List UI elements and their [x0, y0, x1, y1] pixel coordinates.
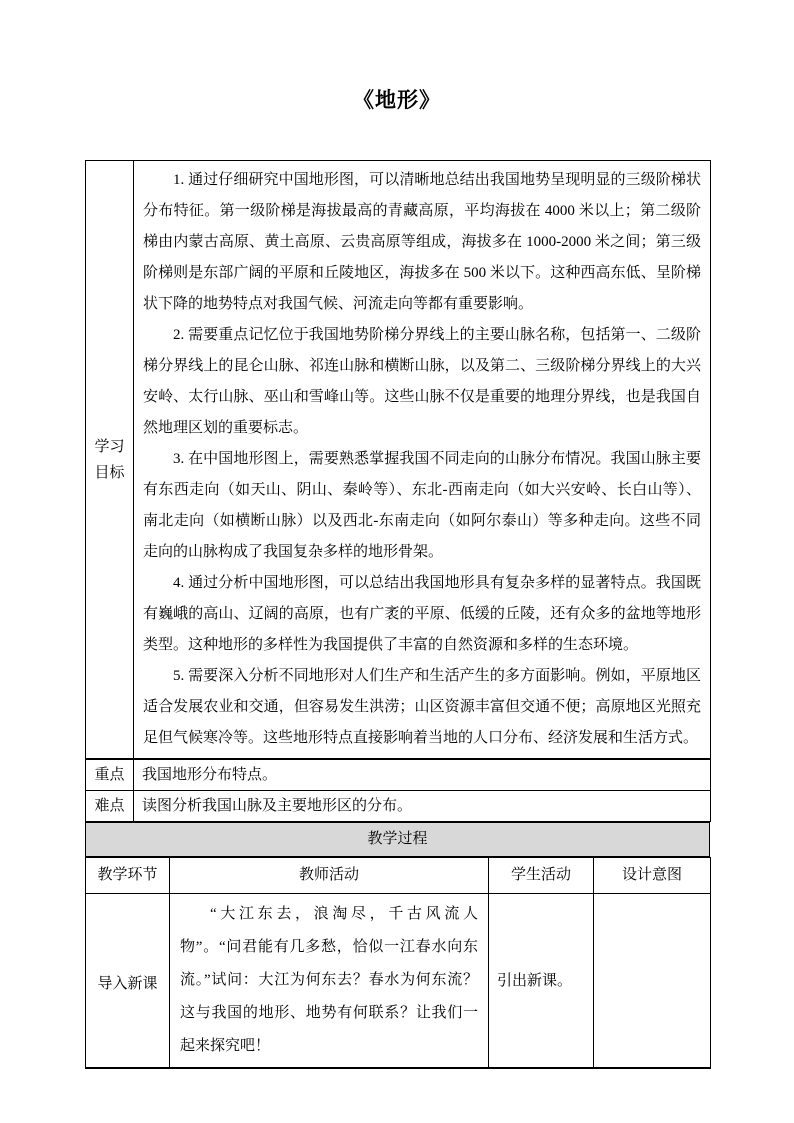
objective-paragraph-3: 3. 在中国地形图上，需要熟悉掌握我国不同走向的山脉分布情况。我国山脉主要有东西…	[143, 444, 701, 568]
process-row-lead-in: 导入新课 “大江东去，浪淘尽，千古风流人物”。“问君能有几多愁，恰似一江春水向东…	[86, 894, 711, 1069]
process-header-row: 教学环节 教师活动 学生活动 设计意图	[86, 858, 711, 894]
process-grid-table: 教学环节 教师活动 学生活动 设计意图 导入新课 “大江东去，浪淘尽，千古风流人…	[85, 857, 711, 1069]
teacher-activity-cell: “大江东去，浪淘尽，千古风流人物”。“问君能有几多愁，恰似一江春水向东流。”试问…	[170, 894, 489, 1069]
lesson-plan-table: 学习目标 1. 通过仔细研究中国地形图，可以清晰地总结出我国地势呈现明显的三级阶…	[85, 160, 710, 1069]
difficulty-row: 难点 读图分析我国山脉及主要地形区的分布。	[86, 791, 711, 822]
key-point-row: 重点 我国地形分布特点。	[86, 759, 711, 791]
column-header-intent: 设计意图	[594, 858, 711, 894]
teacher-activity-text: “大江东去，浪淘尽，千古风流人物”。“问君能有几多愁，恰似一江春水向东流。”试问…	[180, 898, 478, 1063]
objective-paragraph-5: 5. 需要深入分析不同地形对人们生产和生活产生的多方面影响。例如，平原地区适合发…	[143, 661, 701, 754]
process-banner-label: 教学过程	[86, 822, 710, 857]
difficulty-text: 读图分析我国山脉及主要地形区的分布。	[134, 791, 711, 822]
document-page: 《地形》 学习目标 1. 通过仔细研究中国地形图，可以清晰地总结出我国地势呈现明…	[0, 0, 794, 1123]
learning-objectives-label: 学习目标	[86, 161, 134, 760]
key-point-label: 重点	[86, 759, 134, 791]
column-header-stage: 教学环节	[86, 858, 170, 894]
student-activity-cell: 引出新课。	[489, 894, 594, 1069]
stage-cell: 导入新课	[86, 894, 170, 1069]
objective-paragraph-2: 2. 需要重点记忆位于我国地势阶梯分界线上的主要山脉名称，包括第一、二级阶梯分界…	[143, 320, 701, 444]
objective-paragraph-1: 1. 通过仔细研究中国地形图，可以清晰地总结出我国地势呈现明显的三级阶梯状分布特…	[143, 165, 701, 320]
key-point-text: 我国地形分布特点。	[134, 759, 711, 791]
learning-objectives-content: 1. 通过仔细研究中国地形图，可以清晰地总结出我国地势呈现明显的三级阶梯状分布特…	[134, 161, 711, 760]
difficulty-label: 难点	[86, 791, 134, 822]
column-header-student: 学生活动	[489, 858, 594, 894]
objectives-section-table: 学习目标 1. 通过仔细研究中国地形图，可以清晰地总结出我国地势呈现明显的三级阶…	[85, 160, 711, 822]
page-title: 《地形》	[0, 84, 794, 114]
process-banner-row: 教学过程	[86, 822, 710, 857]
column-header-teacher: 教师活动	[170, 858, 489, 894]
learning-objectives-row: 学习目标 1. 通过仔细研究中国地形图，可以清晰地总结出我国地势呈现明显的三级阶…	[86, 161, 711, 760]
objective-paragraph-4: 4. 通过分析中国地形图，可以总结出我国地形具有复杂多样的显著特点。我国既有巍峨…	[143, 568, 701, 661]
process-banner-table: 教学过程	[85, 821, 710, 858]
design-intent-cell	[594, 894, 711, 1069]
